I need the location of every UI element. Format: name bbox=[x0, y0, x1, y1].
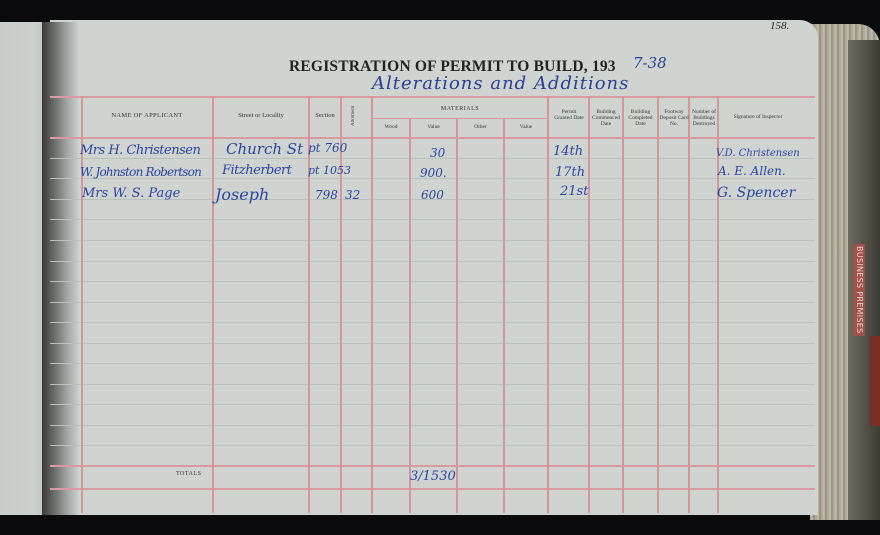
inspector-signature: V.D. Christensen bbox=[716, 148, 800, 159]
header-buildings-destroyed: Number of Buildings Destroyed bbox=[689, 109, 719, 127]
permit-date: 17th bbox=[555, 165, 585, 180]
section: pt 1053 bbox=[308, 164, 351, 177]
permit-date: 14th bbox=[553, 144, 583, 159]
street: Joseph bbox=[215, 185, 269, 204]
section: 798 bbox=[315, 188, 338, 202]
value: 600 bbox=[421, 188, 444, 202]
page-number: 158. bbox=[770, 20, 789, 32]
header-value-2: Value bbox=[504, 124, 548, 130]
header-name-of-applicant: NAME OF APPLICANT bbox=[82, 113, 212, 119]
header-materials: MATERIALS bbox=[372, 106, 548, 112]
header-building-commenced: Building Commenced Date bbox=[589, 109, 623, 127]
header-building-completed: Building Completed Date bbox=[623, 109, 658, 127]
header-footway-deposit: Footway Deposit Card No. bbox=[659, 109, 689, 127]
ledger-page bbox=[50, 20, 818, 515]
applicant-name: W. Johnston Robertson bbox=[80, 165, 201, 179]
header-permit-granted: Permit Granted Date bbox=[554, 109, 584, 121]
value: 30 bbox=[430, 146, 445, 160]
header-value-1: Value bbox=[410, 124, 457, 130]
totals-label: TOTALS bbox=[176, 471, 201, 477]
handwritten-year: 7-38 bbox=[633, 54, 667, 72]
header-other: Other bbox=[457, 124, 504, 130]
header-street: Street or Locality bbox=[213, 113, 309, 119]
header-signature-inspector: Signature of Inspector bbox=[718, 114, 798, 120]
inspector-signature: G. Spencer bbox=[717, 185, 795, 201]
handwritten-subtitle: Alterations and Additions bbox=[372, 73, 629, 94]
index-tab[interactable] bbox=[870, 336, 880, 426]
applicant-name: Mrs H. Christensen bbox=[80, 143, 200, 158]
header-wood: Wood bbox=[372, 124, 410, 130]
permit-date: 21st bbox=[560, 184, 588, 199]
header-allotment: Allotment bbox=[351, 98, 357, 134]
value: 900. bbox=[420, 166, 447, 180]
allotment: 32 bbox=[345, 188, 360, 202]
section: pt 760 bbox=[308, 141, 347, 155]
street: Fitzherbert bbox=[222, 163, 292, 178]
applicant-name: Mrs W. S. Page bbox=[82, 186, 180, 201]
inspector-signature: A. E. Allen. bbox=[718, 164, 786, 178]
street: Church St bbox=[226, 140, 303, 158]
totals-value: 3/1530 bbox=[410, 469, 456, 484]
index-tab-business-premises[interactable]: BUSINESS PREMISES bbox=[853, 244, 865, 336]
header-section: Section bbox=[309, 113, 341, 119]
